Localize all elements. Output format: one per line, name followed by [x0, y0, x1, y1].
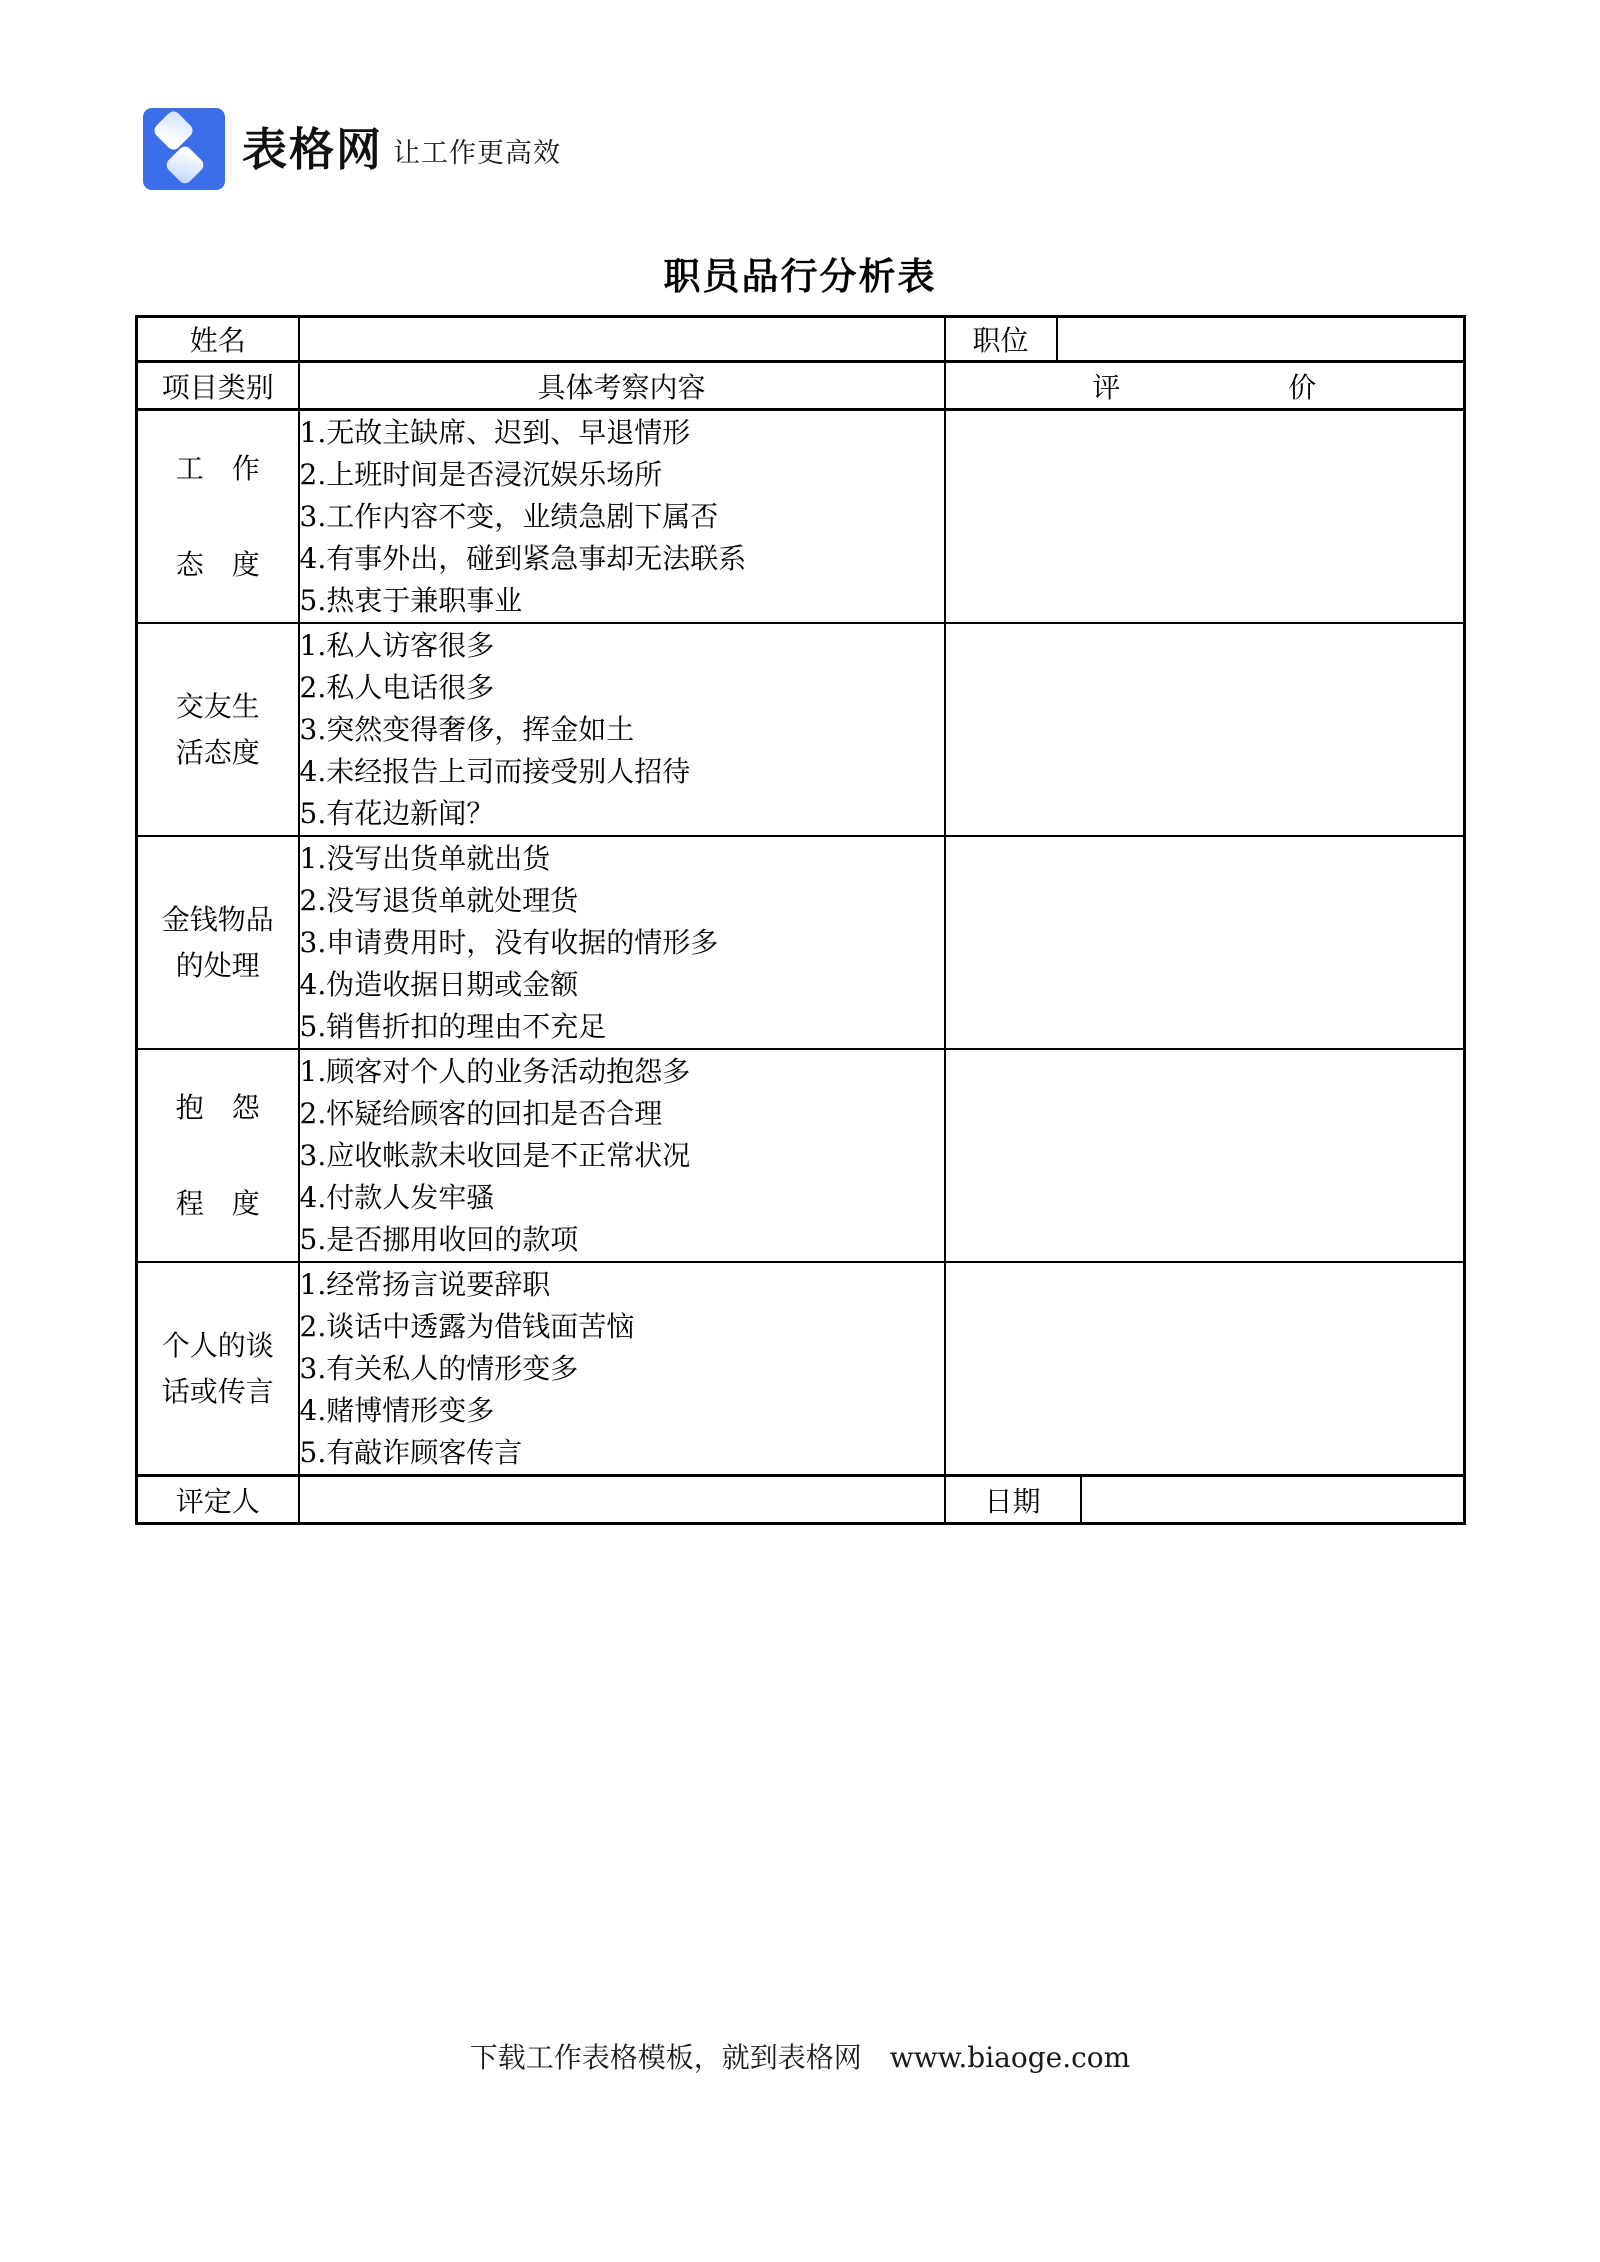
content-header-cell: 具体考察内容 [299, 362, 945, 410]
category-cell: 金钱物品 的处理 [137, 836, 299, 1049]
item-line: 3.突然变得奢侈，挥金如土 [300, 709, 944, 751]
page: 表格网 让工作更高效 职员品行分析表 姓名 职位 项目类别 具体考察内容 评 价… [0, 0, 1600, 2262]
table-row: 评定人 日期 [137, 1476, 1465, 1524]
item-line: 5.有敲诈顾客传言 [300, 1432, 944, 1474]
item-line: 5.销售折扣的理由不充足 [300, 1006, 944, 1048]
category-cell: 抱 怨 程 度 [137, 1049, 299, 1262]
item-line: 1.经常扬言说要辞职 [300, 1264, 944, 1306]
date-label-cell: 日期 [945, 1476, 1081, 1524]
item-line: 2.上班时间是否浸沉娱乐场所 [300, 454, 944, 496]
table-row-money-handling: 金钱物品 的处理 1.没写出货单就出货 2.没写退货单就处理货 3.申请费用时，… [137, 836, 1465, 1049]
footer-note: 下载工作表格模板，就到表格网 www.biaoge.com [0, 2036, 1600, 2076]
evaluation-header-cell: 评 价 [945, 362, 1465, 410]
name-label-cell: 姓名 [137, 317, 299, 362]
evaluation-cell[interactable] [945, 1049, 1465, 1262]
item-line: 3.应收帐款未收回是不正常状况 [300, 1135, 944, 1177]
evaluation-cell[interactable] [945, 410, 1465, 624]
evaluation-cell[interactable] [945, 623, 1465, 836]
item-line: 4.付款人发牢骚 [300, 1177, 944, 1219]
items-cell: 1.私人访客很多 2.私人电话很多 3.突然变得奢侈，挥金如土 4.未经报告上司… [299, 623, 945, 836]
item-line: 1.无故主缺席、迟到、早退情形 [300, 412, 944, 454]
brand-tagline: 让工作更高效 [393, 131, 561, 170]
table-row: 姓名 职位 [137, 317, 1465, 362]
item-line: 2.没写退货单就处理货 [300, 880, 944, 922]
item-line: 3.工作内容不变，业绩急剧下属否 [300, 496, 944, 538]
items-cell: 1.顾客对个人的业务活动抱怨多 2.怀疑给顾客的回扣是否合理 3.应收帐款未收回… [299, 1049, 945, 1262]
brand-name: 表格网 [242, 113, 383, 178]
items-cell: 1.无故主缺席、迟到、早退情形 2.上班时间是否浸沉娱乐场所 3.工作内容不变，… [299, 410, 945, 624]
logo-diamond-bottom-icon [164, 144, 206, 186]
table-row-work-attitude: 工 作 态 度 1.无故主缺席、迟到、早退情形 2.上班时间是否浸沉娱乐场所 3… [137, 410, 1465, 624]
item-line: 4.未经报告上司而接受别人招待 [300, 751, 944, 793]
category-cell: 交友生 活态度 [137, 623, 299, 836]
item-line: 4.有事外出，碰到紧急事却无法联系 [300, 538, 944, 580]
item-line: 5.有花边新闻？ [300, 793, 944, 835]
date-input-cell[interactable] [1081, 1476, 1465, 1524]
item-line: 1.私人访客很多 [300, 625, 944, 667]
evaluator-label-cell: 评定人 [137, 1476, 299, 1524]
item-line: 4.赌博情形变多 [300, 1390, 944, 1432]
evaluation-cell[interactable] [945, 1262, 1465, 1476]
name-input-cell[interactable] [299, 317, 945, 362]
category-cell: 个人的谈 话或传言 [137, 1262, 299, 1476]
table-row: 项目类别 具体考察内容 评 价 [137, 362, 1465, 410]
item-line: 2.私人电话很多 [300, 667, 944, 709]
logo-diamond-top-icon [152, 109, 196, 153]
category-cell: 工 作 态 度 [137, 410, 299, 624]
items-cell: 1.经常扬言说要辞职 2.谈话中透露为借钱面苦恼 3.有关私人的情形变多 4.赌… [299, 1262, 945, 1476]
page-title: 职员品行分析表 [0, 246, 1600, 300]
item-line: 1.没写出货单就出货 [300, 838, 944, 880]
item-line: 1.顾客对个人的业务活动抱怨多 [300, 1051, 944, 1093]
evaluator-input-cell[interactable] [299, 1476, 945, 1524]
items-cell: 1.没写出货单就出货 2.没写退货单就处理货 3.申请费用时，没有收据的情形多 … [299, 836, 945, 1049]
form-table: 姓名 职位 项目类别 具体考察内容 评 价 工 作 态 度 1.无故主缺席、迟到… [135, 315, 1466, 1525]
item-line: 5.热衷于兼职事业 [300, 580, 944, 622]
position-label-cell: 职位 [945, 317, 1057, 362]
item-line: 2.谈话中透露为借钱面苦恼 [300, 1306, 944, 1348]
item-line: 2.怀疑给顾客的回扣是否合理 [300, 1093, 944, 1135]
table-row-personal-talk: 个人的谈 话或传言 1.经常扬言说要辞职 2.谈话中透露为借钱面苦恼 3.有关私… [137, 1262, 1465, 1476]
table-row-complaints: 抱 怨 程 度 1.顾客对个人的业务活动抱怨多 2.怀疑给顾客的回扣是否合理 3… [137, 1049, 1465, 1262]
biaoge-logo-icon [143, 108, 225, 190]
item-line: 4.伪造收据日期或金额 [300, 964, 944, 1006]
evaluation-cell[interactable] [945, 836, 1465, 1049]
item-line: 5.是否挪用收回的款项 [300, 1219, 944, 1261]
item-line: 3.有关私人的情形变多 [300, 1348, 944, 1390]
position-input-cell[interactable] [1057, 317, 1465, 362]
item-line: 3.申请费用时，没有收据的情形多 [300, 922, 944, 964]
category-header-cell: 项目类别 [137, 362, 299, 410]
table-row-social-life: 交友生 活态度 1.私人访客很多 2.私人电话很多 3.突然变得奢侈，挥金如土 … [137, 623, 1465, 836]
